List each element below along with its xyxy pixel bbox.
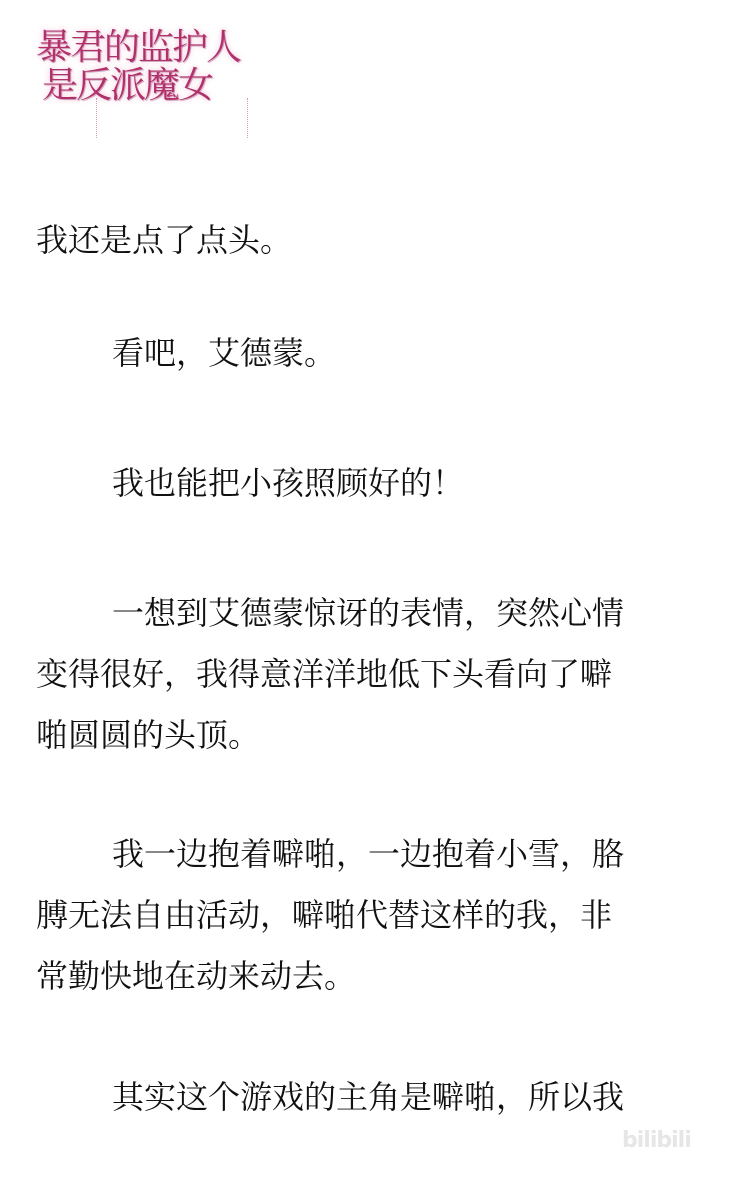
text-line: 变得很好，我得意洋洋地低下头看向了噼 — [36, 644, 624, 705]
text-line: 我还是点了点头。 — [36, 210, 292, 271]
paragraph: 看吧，艾德蒙。 — [36, 323, 336, 384]
bilibili-logo-icon: bilibili — [622, 1128, 691, 1153]
text-line: 我也能把小孩照顾好的！ — [36, 453, 464, 514]
paragraph: 我也能把小孩照顾好的！ — [36, 453, 464, 514]
paragraph: 我一边抱着噼啪，一边抱着小雪，胳 膊无法自由活动，噼啪代替这样的我，非 常勤快地… — [36, 824, 624, 1007]
text-line: 啪圆圆的头顶。 — [36, 705, 624, 766]
text-line: 看吧，艾德蒙。 — [36, 323, 336, 384]
text-line: 我一边抱着噼啪，一边抱着小雪，胳 — [36, 824, 624, 885]
logo-title-line-2: 是反派魔女 — [42, 66, 266, 106]
paragraph: 其实这个游戏的主角是噼啪，所以我 — [36, 1067, 624, 1128]
paragraph: 一想到艾德蒙惊讶的表情，突然心情 变得很好，我得意洋洋地低下头看向了噼 啪圆圆的… — [36, 583, 624, 766]
text-line: 膊无法自由活动，噼啪代替这样的我，非 — [36, 885, 624, 946]
text-line: 常勤快地在动来动去。 — [36, 946, 624, 1007]
text-line: 其实这个游戏的主角是噼啪，所以我 — [36, 1067, 624, 1128]
watermark-text: bilibili — [622, 1128, 691, 1153]
paragraph: 我还是点了点头。 — [36, 210, 292, 271]
comic-title-logo: 暴君的监护人 是反派魔女 — [36, 28, 266, 128]
text-line: 一想到艾德蒙惊讶的表情，突然心情 — [36, 583, 624, 644]
logo-title-line-1: 暴君的监护人 — [36, 28, 266, 68]
